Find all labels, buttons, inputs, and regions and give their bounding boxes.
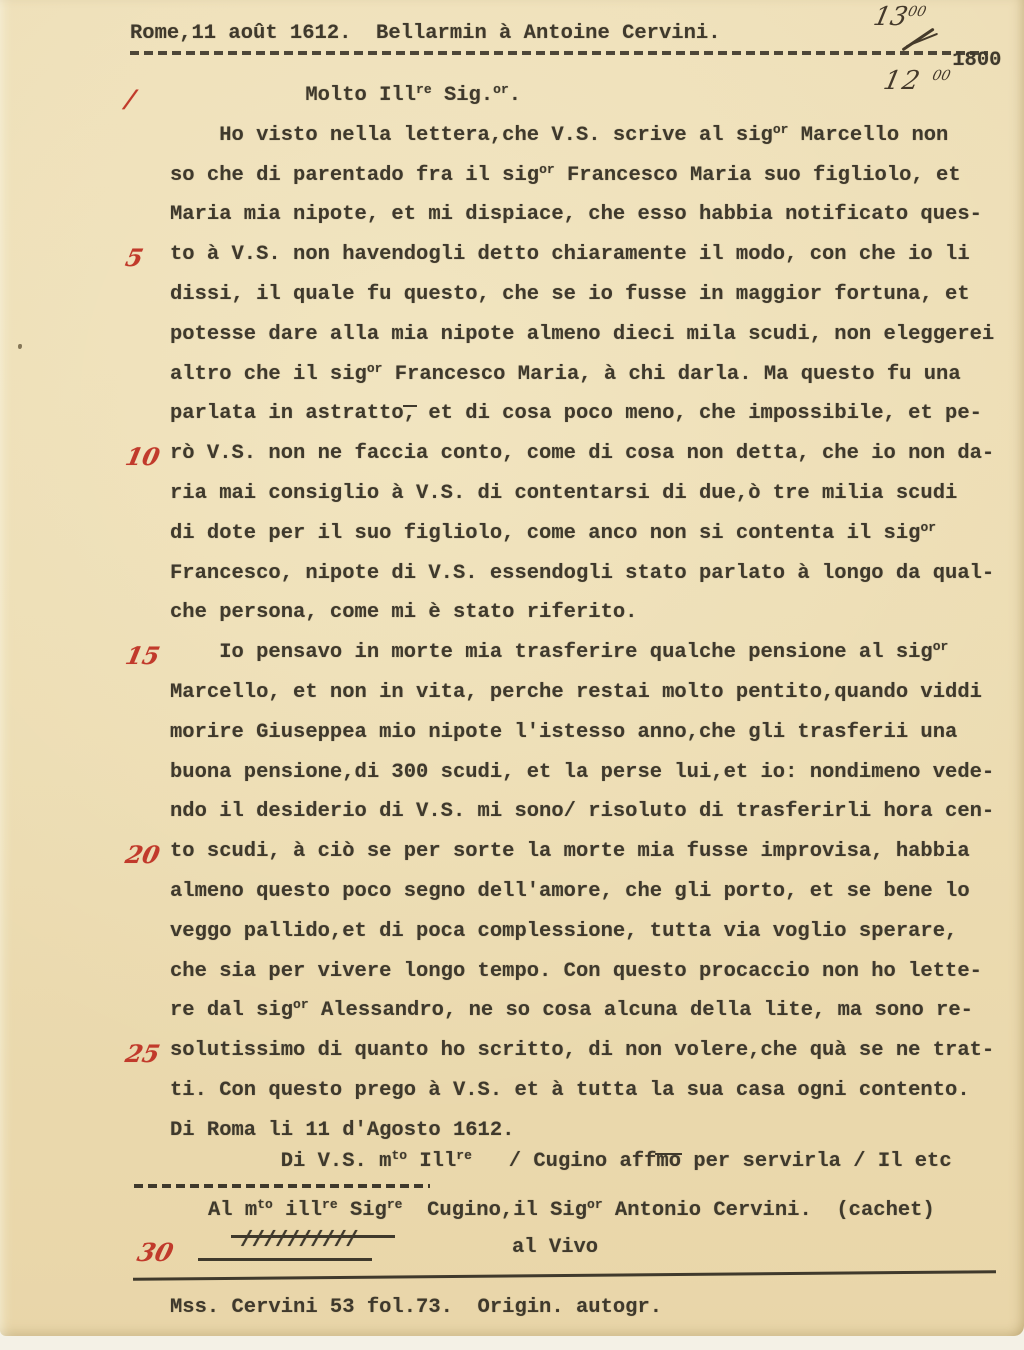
letter-line: Maria mia nipote, et mi dispiace, che es… <box>170 203 1004 243</box>
redaction-hatch-mark: ////////// <box>198 1235 398 1261</box>
letter-line: morire Giuseppea mio nipote l'istesso an… <box>170 721 1004 761</box>
superscript-abbreviation: re <box>322 1197 338 1212</box>
manuscript-reference: Mss. Cervini 53 fol.73. Origin. autogr. <box>170 1296 662 1319</box>
letter-line: re dal sigor Alessandro, ne so cosa alcu… <box>170 999 1004 1039</box>
letter-line: Ho visto nella lettera,che V.S. scrive a… <box>170 124 1004 164</box>
signature-dashed-rule <box>134 1184 430 1188</box>
hatch-bottom-rule <box>198 1258 372 1261</box>
margin-line-number: / <box>123 84 171 113</box>
superscript-abbreviation: or <box>773 122 789 137</box>
address-line: Al mto illre Sigre Cugino,il Sigor Anton… <box>208 1199 935 1222</box>
handwritten-superscript: 00 <box>906 4 927 20</box>
letter-line: potesse dare alla mia nipote almeno diec… <box>170 323 1004 363</box>
margin-line-number: 25 <box>123 1039 171 1068</box>
archival-number-handwritten-correction: 1300 <box>871 2 928 32</box>
letter-line: parlata in astratto, et di cosa poco men… <box>170 402 1004 442</box>
letter-line: 15 Io pensavo in morte mia trasferire qu… <box>170 641 1004 681</box>
superscript-abbreviation: re <box>387 1197 403 1212</box>
margin-line-number: 20 <box>123 840 171 869</box>
al-vivo-note: al Vivo <box>512 1236 598 1259</box>
superscript-abbreviation: to <box>257 1197 273 1212</box>
superscript-abbreviation: or <box>293 997 309 1012</box>
letter-line: 5to à V.S. non havendogli detto chiarame… <box>170 243 1004 283</box>
letter-line: dissi, il quale fu questo, che se io fus… <box>170 283 1004 323</box>
superscript-abbreviation: or <box>933 639 949 654</box>
archival-number-typed-value: 1800 <box>952 49 1001 72</box>
superscript-abbreviation: or <box>920 520 936 535</box>
overstruck-text: , <box>404 402 416 425</box>
letter-line: ndo il desiderio di V.S. mi sono/ risolu… <box>170 800 1004 840</box>
letter-line: ti. Con questo prego à V.S. et à tutta l… <box>170 1079 1004 1119</box>
paper-speck <box>18 344 22 349</box>
letter-line: 10rò V.S. non ne faccia conto, come di c… <box>170 442 1004 482</box>
handwritten-superscript: 00 <box>931 68 952 84</box>
superscript-abbreviation: or <box>587 1197 603 1212</box>
letter-line: Francesco, nipote di V.S. essendogli sta… <box>170 562 1004 602</box>
letter-line: che sia per vivere longo tempo. Con ques… <box>170 960 1004 1000</box>
superscript-abbreviation: to <box>391 1148 407 1163</box>
superscript-abbreviation: or <box>493 82 509 97</box>
letter-line: che persona, come mi è stato riferito. <box>170 601 1004 641</box>
superscript-abbreviation: re <box>416 82 432 97</box>
hatch-slashes: ////////// <box>240 1228 357 1253</box>
letter-line: buona pensione,di 300 scudi, et la perse… <box>170 761 1004 801</box>
letter-line: veggo pallido,et di poca complessione, t… <box>170 920 1004 960</box>
letter-line: / Molto Illre Sig.or. <box>170 84 1004 124</box>
overstruck-text: mo <box>656 1150 681 1173</box>
letter-body: / Molto Illre Sig.or. Ho visto nella let… <box>170 84 1004 1198</box>
margin-line-number: 15 <box>123 641 171 670</box>
letter-line: Marcello, et non in vita, perche restai … <box>170 681 1004 721</box>
superscript-abbreviation: re <box>456 1148 472 1163</box>
letter-line: ria mai consiglio à V.S. di contentarsi … <box>170 482 1004 522</box>
margin-line-number-30: 30 <box>134 1238 176 1267</box>
bottom-horizontal-rule <box>133 1270 996 1280</box>
scanned-letter-document: { "header": { "line": "Rome,11 août 1612… <box>0 0 1024 1350</box>
letter-line: 25solutissimo di quanto ho scritto, di n… <box>170 1039 1004 1079</box>
margin-line-number: 5 <box>123 243 171 272</box>
heading-dashed-underline <box>130 51 988 55</box>
letter-line: 20to scudi, à ciò se per sorte la morte … <box>170 840 1004 880</box>
letter-line: almeno questo poco segno dell'amore, che… <box>170 880 1004 920</box>
document-page: Rome,11 août 1612. Bellarmin à Antoine C… <box>0 0 1024 1336</box>
letter-heading: Rome,11 août 1612. Bellarmin à Antoine C… <box>130 22 721 45</box>
superscript-abbreviation: or <box>367 361 383 376</box>
superscript-abbreviation: or <box>539 162 555 177</box>
letter-line: so che di parentado fra il sigor Frances… <box>170 164 1004 204</box>
margin-line-number: 10 <box>123 442 171 471</box>
letter-line: di dote per il suo figliolo, come anco n… <box>170 522 1004 562</box>
letter-line: altro che il sigor Francesco Maria, à ch… <box>170 363 1004 403</box>
